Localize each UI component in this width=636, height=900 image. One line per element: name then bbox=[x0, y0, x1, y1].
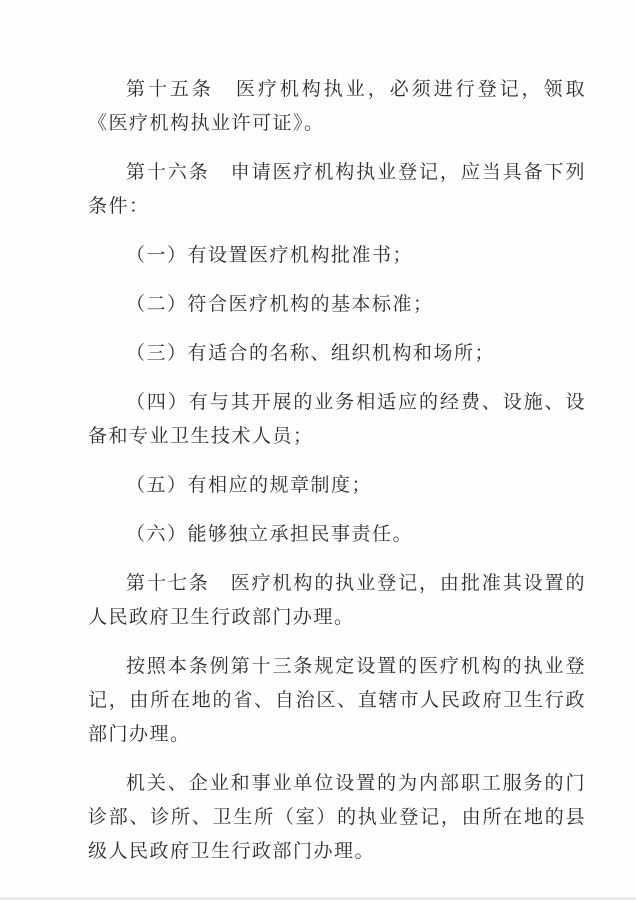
document-body: 第十五条 医疗机构执业，必须进行登记，领取《医疗机构执业许可证》。 第十六条 申… bbox=[88, 72, 586, 868]
paragraph-article-17-clause-2: 按照本条例第十三条规定设置的医疗机构的执业登记，由所在地的省、自治区、直辖市人民… bbox=[88, 649, 586, 751]
paragraph-item-5: （五）有相应的规章制度； bbox=[88, 468, 586, 502]
paragraph-item-3: （三）有适合的名称、组织机构和场所； bbox=[88, 336, 586, 370]
paragraph-item-1: （一）有设置医疗机构批准书； bbox=[88, 238, 586, 272]
paragraph-item-4: （四）有与其开展的业务相适应的经费、设施、设备和专业卫生技术人员； bbox=[88, 385, 586, 453]
paragraph-item-2: （二）符合医疗机构的基本标准； bbox=[88, 287, 586, 321]
paragraph-article-17-clause-3: 机关、企业和事业单位设置的为内部职工服务的门诊部、诊所、卫生所（室）的执业登记，… bbox=[88, 766, 586, 868]
paragraph-item-6: （六）能够独立承担民事责任。 bbox=[88, 517, 586, 551]
paragraph-article-15: 第十五条 医疗机构执业，必须进行登记，领取《医疗机构执业许可证》。 bbox=[88, 72, 586, 140]
document-page: 第十五条 医疗机构执业，必须进行登记，领取《医疗机构执业许可证》。 第十六条 申… bbox=[0, 0, 636, 900]
paragraph-article-16-intro: 第十六条 申请医疗机构执业登记，应当具备下列条件： bbox=[88, 155, 586, 223]
paragraph-article-17: 第十七条 医疗机构的执业登记，由批准其设置的人民政府卫生行政部门办理。 bbox=[88, 566, 586, 634]
